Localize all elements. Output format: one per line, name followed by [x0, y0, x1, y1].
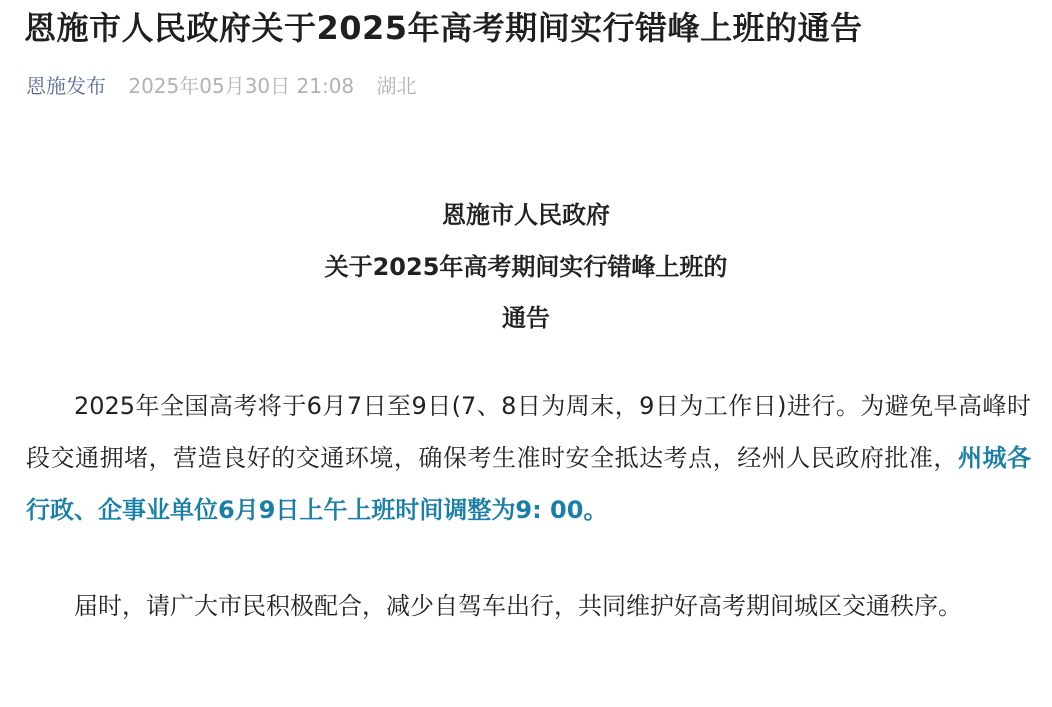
- body-paragraph-1: 2025年全国高考将于6月7日至9日(7、8日为周末，9日为工作日)进行。为避免…: [26, 380, 1031, 536]
- body-paragraph-2: 届时，请广大市民积极配合，减少自驾车出行，共同维护好高考期间城区交通秩序。: [26, 580, 1031, 632]
- author-link[interactable]: 恩施发布: [26, 74, 106, 98]
- notice-subject-heading: 关于2025年高考期间实行错峰上班的: [0, 249, 1052, 285]
- article-title: 恩施市人民政府关于2025年高考期间实行错峰上班的通告: [24, 6, 863, 50]
- notice-type-heading: 通告: [0, 300, 1052, 336]
- article-meta: 恩施发布 2025年05月30日 21:08 湖北: [26, 71, 417, 101]
- notice-issuer-heading: 恩施市人民政府: [0, 197, 1052, 233]
- publish-location: 湖北: [377, 74, 417, 98]
- publish-datetime: 2025年05月30日 21:08: [128, 74, 354, 98]
- paragraph-text: 2025年全国高考将于6月7日至9日(7、8日为周末，9日为工作日)进行。为避免…: [26, 392, 1031, 472]
